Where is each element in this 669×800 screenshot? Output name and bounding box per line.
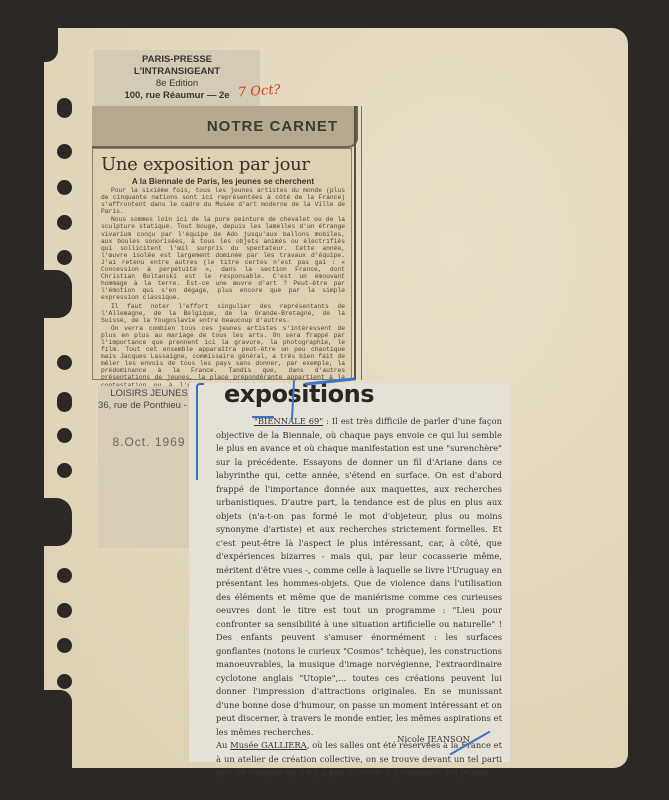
column-rule [361,106,362,380]
binder-hole [57,392,72,412]
newspaper-masthead: PARIS-PRESSE L'INTRANSIGEANT 8e Edition … [94,50,260,112]
article-paragraph: Pour la sixième fois, tous les jeunes ar… [101,187,345,215]
masthead-line4: 100, rue Réaumur — 2e [124,90,229,101]
binder-hole [57,568,72,583]
binder-hole [57,674,72,689]
handwritten-note: 7 Oct? [238,83,281,101]
masthead-line2: 36, rue de Ponthieu - 8e [98,400,200,412]
torn-edge [44,690,72,768]
binder-hole [57,144,72,159]
venue-name: Musée GALLIERA [230,740,307,750]
binder-hole [57,215,72,230]
torn-edge [44,270,72,318]
article-title: Une exposition par jour [101,155,345,175]
masthead-clipping-2: LOISIRS JEUNES 36, rue de Ponthieu - 8e … [98,386,200,548]
article-paragraph: : Il est très difficile de parler d'une … [216,416,502,737]
masthead-line1: LOISIRS JEUNES [98,388,200,400]
section-banner: NOTRE CARNET [92,106,358,148]
article-clipping-3: expositions "BIENNALE 69" : Il est très … [189,383,510,762]
author-signature: Nicole JEANSON [397,734,470,744]
blue-pen-mark [252,416,274,418]
binder-hole [57,428,72,443]
torn-edge [44,498,72,546]
date-stamp: 8.Oct. 1969 [98,436,200,448]
blue-pen-bracket [196,383,204,480]
article-paragraph: Il faut noter l'effort singulier des rep… [101,303,345,324]
binder-hole [57,355,72,370]
article-heading: expositions [224,381,502,407]
article-body: "BIENNALE 69" : Il est très difficile de… [216,415,502,780]
binder-hole [57,250,72,265]
binder-hole [57,180,72,195]
binder-hole [57,603,72,618]
article-paragraph: Nous sommes loin ici de la pure peinture… [101,216,345,301]
article-subtitle: A la Biennale de Paris, les jeunes se ch… [101,177,345,186]
para-prefix: Au [216,740,230,750]
binder-hole [57,463,72,478]
masthead-line3: 8e Edition [94,78,260,90]
binder-hole [57,98,72,118]
article-clipping-1: Une exposition par jour A la Biennale de… [92,148,352,380]
section-banner-label: NOTRE CARNET [207,118,338,135]
masthead-line1: PARIS-PRESSE [142,54,212,65]
column-rule [354,106,356,380]
binder-hole [57,638,72,653]
masthead-line2: L'INTRANSIGEANT [134,66,220,77]
